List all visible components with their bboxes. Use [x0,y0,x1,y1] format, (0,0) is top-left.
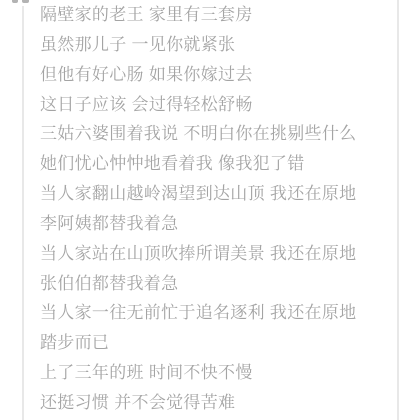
lyric-line: 这日子应该 会过得轻松舒畅 [40,90,400,120]
cropped-ui-mark-left [12,0,18,3]
lyric-line: 隔壁家的老王 家里有三套房 [40,0,400,30]
viewport-left-border [22,6,24,420]
lyric-line: 还挺习惯 并不会觉得苦难 [40,388,400,418]
lyric-line: 她们忧心忡忡地看着我 像我犯了错 [40,149,400,179]
lyrics-list: 隔壁家的老王 家里有三套房 虽然那儿子 一见你就紧张 但他有好心肠 如果你嫁过去… [40,0,400,418]
lyric-line: 虽然那儿子 一见你就紧张 [40,30,400,60]
cropped-ui-mark-right [22,0,29,3]
lyric-line: 三姑六婆围着我说 不明白你在挑剔些什么 [40,119,400,149]
lyric-line: 但他有好心肠 如果你嫁过去 [40,60,400,90]
lyrics-page: 隔壁家的老王 家里有三套房 虽然那儿子 一见你就紧张 但他有好心肠 如果你嫁过去… [0,0,420,420]
lyric-line: 踏步而已 [40,328,400,358]
lyric-line: 李阿姨都替我着急 [40,209,400,239]
lyric-line: 上了三年的班 时间不快不慢 [40,358,400,388]
lyric-line: 张伯伯都替我着急 [40,269,400,299]
lyric-line: 当人家翻山越岭渴望到达山顶 我还在原地 [40,179,400,209]
lyric-line: 当人家站在山顶吹捧所谓美景 我还在原地 [40,239,400,269]
lyric-line: 当人家一往无前忙于追名逐利 我还在原地 [40,298,400,328]
